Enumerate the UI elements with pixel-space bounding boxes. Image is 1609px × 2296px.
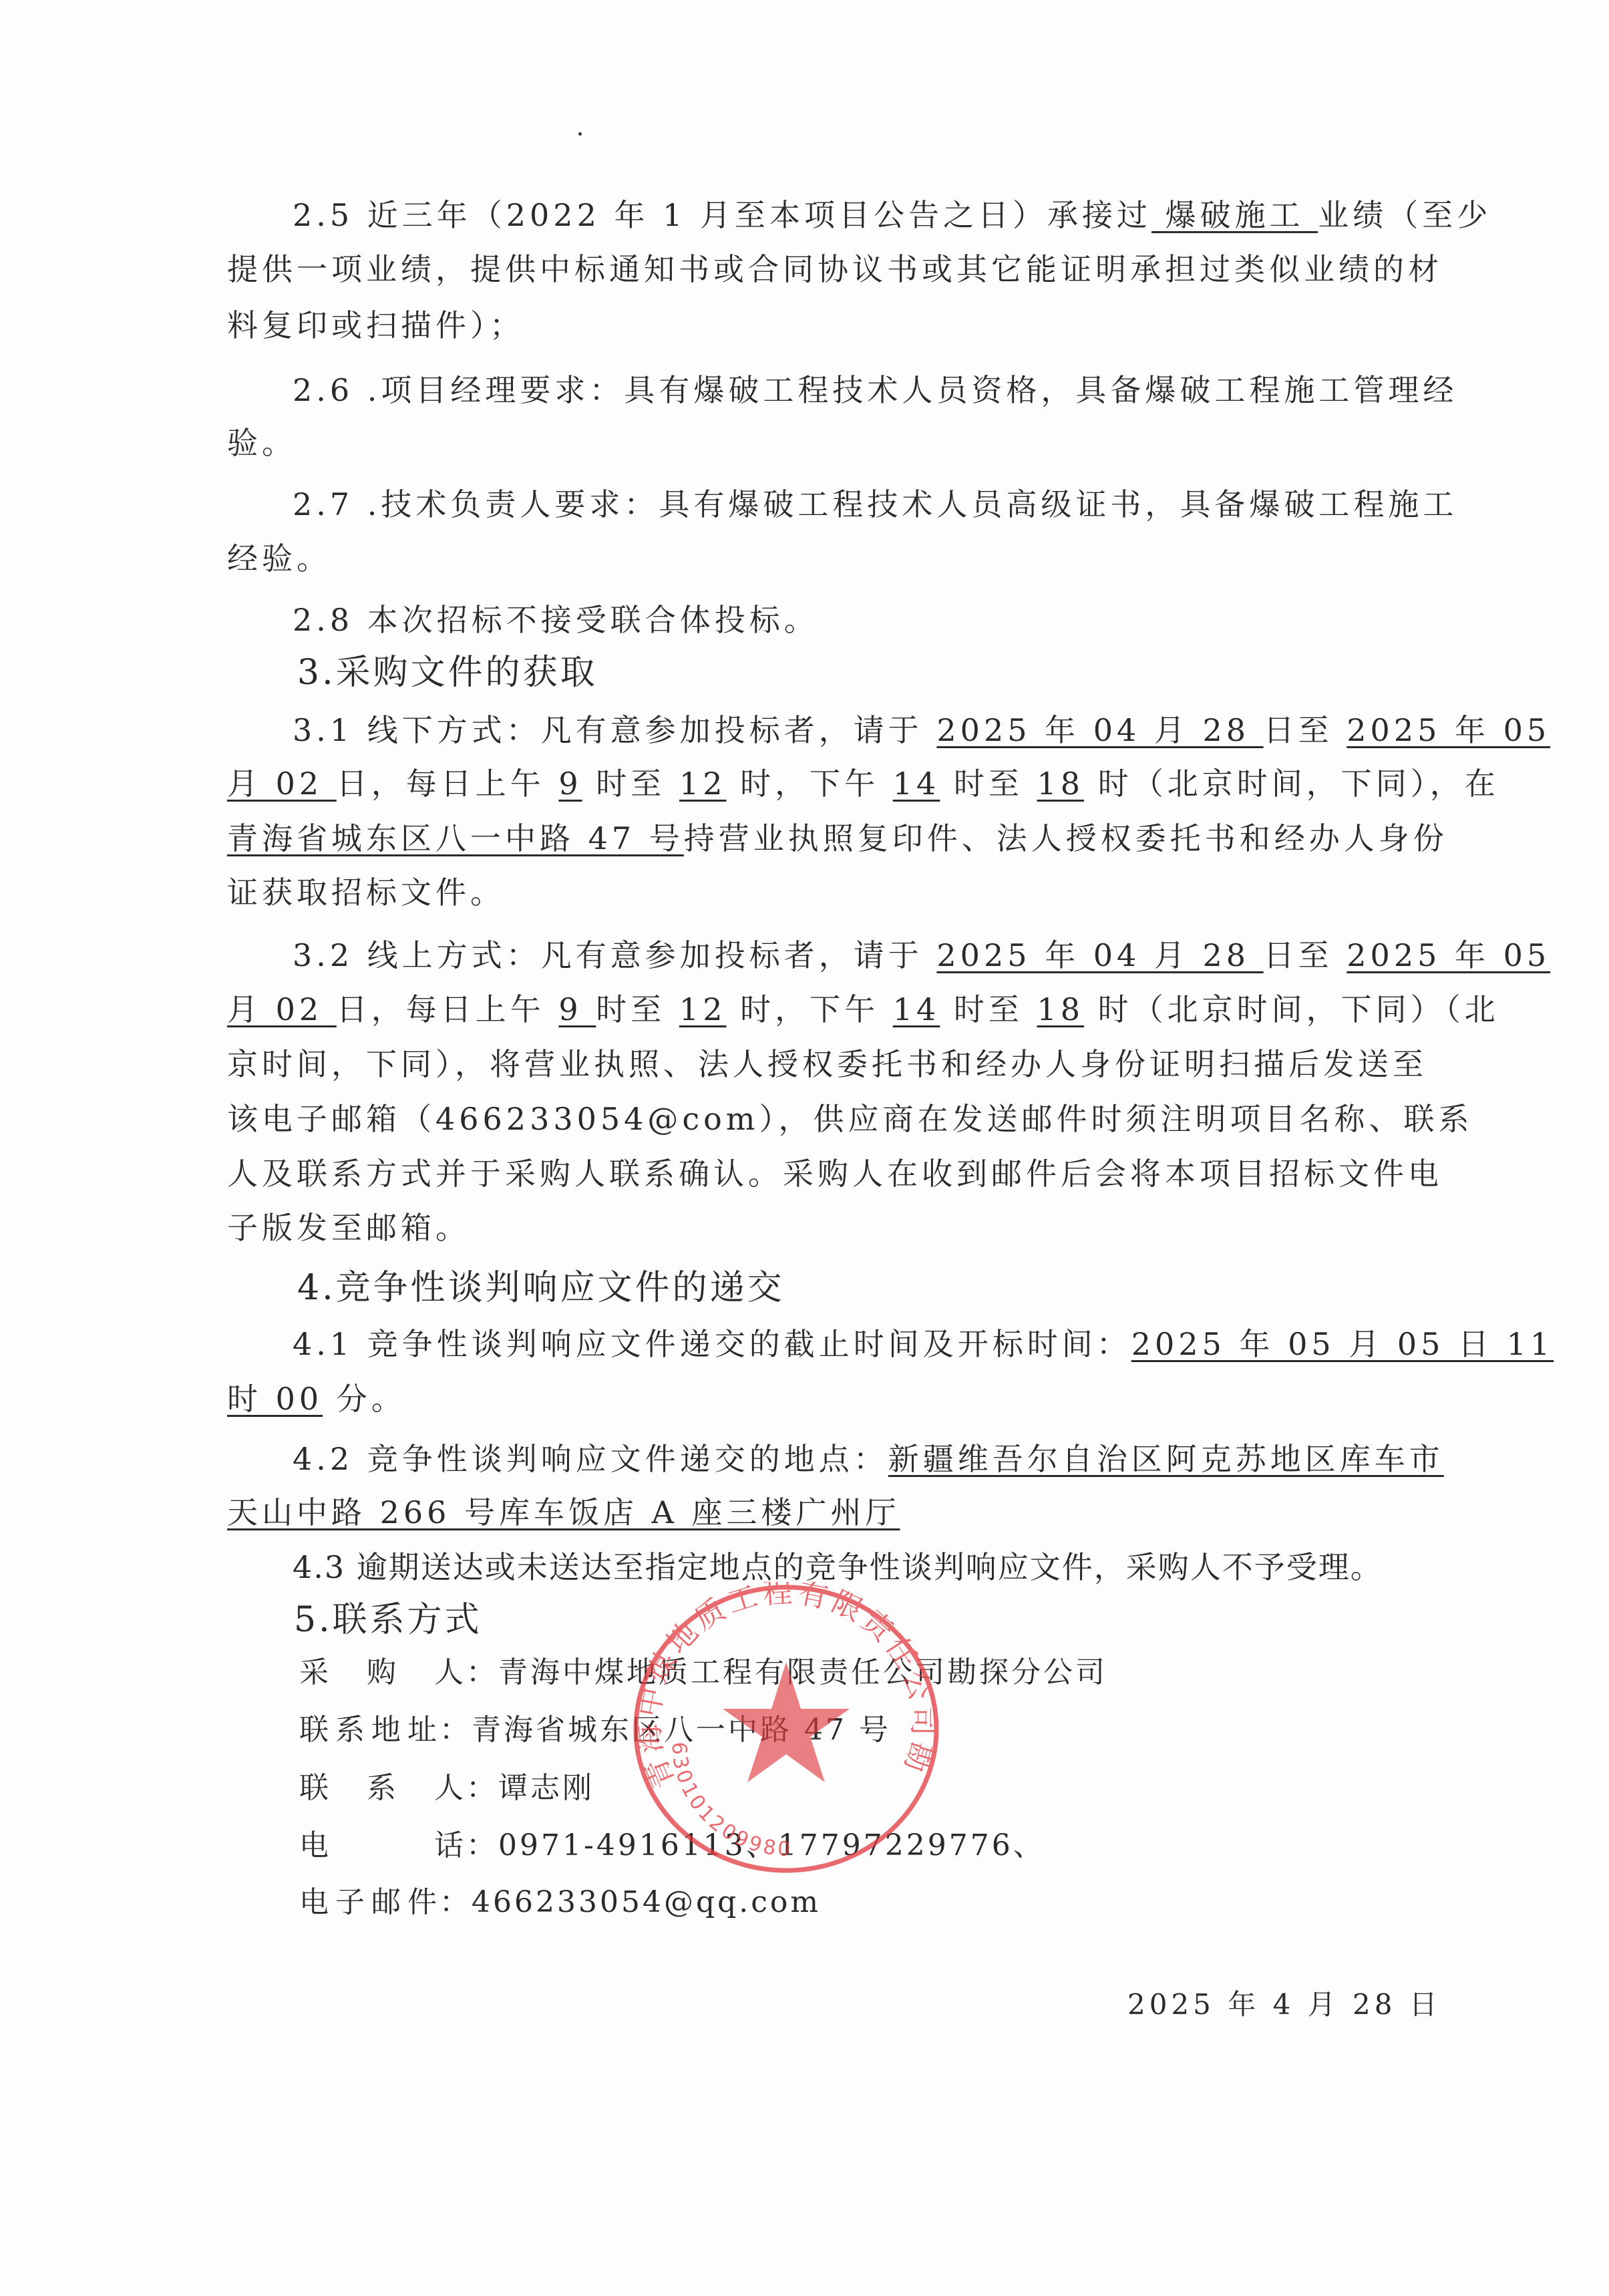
contact-phone: 电话：0971-4916113、17797229776、 bbox=[299, 1826, 1045, 1866]
contact-value: 谭志刚 bbox=[498, 1771, 594, 1805]
para-2-6-line-2: 验。 bbox=[227, 423, 1376, 463]
para-3-1-line-3: 青海省城东区八一中路 47 号持营业执照复印件、法人授权委托书和经办人身份 bbox=[227, 818, 1376, 858]
para-3-2-line-6: 子版发至邮箱。 bbox=[227, 1208, 1376, 1248]
section-heading-3: 3.采购文件的获取 bbox=[297, 651, 598, 694]
contact-value: 青海省城东区八一中路 47 号 bbox=[472, 1713, 891, 1747]
para-3-1-line-2: 月 02 日，每日上午 9 时至 12 时，下午 14 时至 18 时（北京时间… bbox=[227, 764, 1376, 804]
para-4-2-line-2: 天山中路 266 号库车饭店 A 座三楼广州厅 bbox=[227, 1492, 1376, 1532]
contact-value: 青海中煤地质工程有限责任公司勘探分公司 bbox=[498, 1655, 1107, 1689]
para-2-5-line-3: 料复印或扫描件）； bbox=[227, 305, 1376, 345]
para-3-2-line-3: 京时间，下同），将营业执照、法人授权委托书和经办人身份证明扫描后发送至 bbox=[227, 1044, 1376, 1084]
document-date: 2025 年 4 月 28 日 bbox=[1127, 1983, 1441, 2023]
para-2-6-line-1: 2.6 .项目经理要求：具有爆破工程技术人员资格，具备爆破工程施工管理经 bbox=[293, 370, 1376, 410]
contact-email: 电子邮件：466233054@qq.com bbox=[299, 1882, 821, 1923]
contact-value: 466233054@qq.com bbox=[472, 1885, 821, 1919]
para-3-1-line-4: 证获取招标文件。 bbox=[227, 872, 1376, 913]
para-4-1-line-2: 时 00 分。 bbox=[227, 1379, 1376, 1419]
para-3-2-line-1: 3.2 线上方式：凡有意参加投标者，请于 2025 年 04 月 28 日至 2… bbox=[293, 935, 1376, 975]
para-2-5-line-1: 2.5 近三年（2022 年 1 月至本项目公告之日）承接过 爆破施工 业绩（至… bbox=[293, 195, 1376, 235]
para-2-7-line-2: 经验。 bbox=[227, 538, 1376, 579]
para-4-3: 4.3 逾期送达或未送达至指定地点的竞争性谈判响应文件，采购人不予受理。 bbox=[293, 1547, 1441, 1587]
para-4-2-line-1: 4.2 竞争性谈判响应文件递交的地点：新疆维吾尔自治区阿克苏地区库车市 bbox=[293, 1439, 1376, 1479]
document-page: 2.5 近三年（2022 年 1 月至本项目公告之日）承接过 爆破施工 业绩（至… bbox=[0, 0, 1609, 2296]
para-2-8: 2.8 本次招标不接受联合体投标。 bbox=[293, 600, 1441, 640]
section-heading-5: 5.联系方式 bbox=[294, 1599, 482, 1641]
para-4-1-line-1: 4.1 竞争性谈判响应文件递交的截止时间及开标时间：2025 年 05 月 05… bbox=[293, 1324, 1376, 1364]
contact-address: 联系地址：青海省城东区八一中路 47 号 bbox=[299, 1710, 891, 1750]
contact-value: 0971-4916113、17797229776、 bbox=[498, 1828, 1045, 1862]
contact-label: 联系人 bbox=[299, 1768, 466, 1808]
contact-label: 电子邮件 bbox=[299, 1882, 439, 1923]
contact-label: 采购人 bbox=[299, 1653, 466, 1693]
contact-purchaser: 采购人：青海中煤地质工程有限责任公司勘探分公司 bbox=[299, 1653, 1107, 1693]
contact-person: 联系人：谭志刚 bbox=[299, 1768, 594, 1808]
para-3-2-line-4: 该电子邮箱（466233054@com），供应商在发送邮件时须注明项目名称、联系 bbox=[227, 1099, 1376, 1139]
section-heading-4: 4.竞争性谈判响应文件的递交 bbox=[297, 1267, 785, 1309]
scan-speck bbox=[578, 132, 582, 136]
contact-label: 电话 bbox=[299, 1826, 466, 1866]
para-2-7-line-1: 2.7 .技术负责人要求：具有爆破工程技术人员高级证书，具备爆破工程施工 bbox=[293, 484, 1376, 524]
para-3-2-line-5: 人及联系方式并于采购人联系确认。采购人在收到邮件后会将本项目招标文件电 bbox=[227, 1154, 1376, 1194]
contact-label: 联系地址 bbox=[299, 1710, 439, 1750]
para-3-1-line-1: 3.1 线下方式：凡有意参加投标者，请于 2025 年 04 月 28 日至 2… bbox=[293, 710, 1376, 750]
para-3-2-line-2: 月 02 日，每日上午 9 时至 12 时，下午 14 时至 18 时（北京时间… bbox=[227, 989, 1376, 1029]
underlined-field: 爆破施工 bbox=[1151, 197, 1318, 233]
para-2-5-line-2: 提供一项业绩，提供中标通知书或合同协议书或其它能证明承担过类似业绩的材 bbox=[227, 249, 1376, 289]
